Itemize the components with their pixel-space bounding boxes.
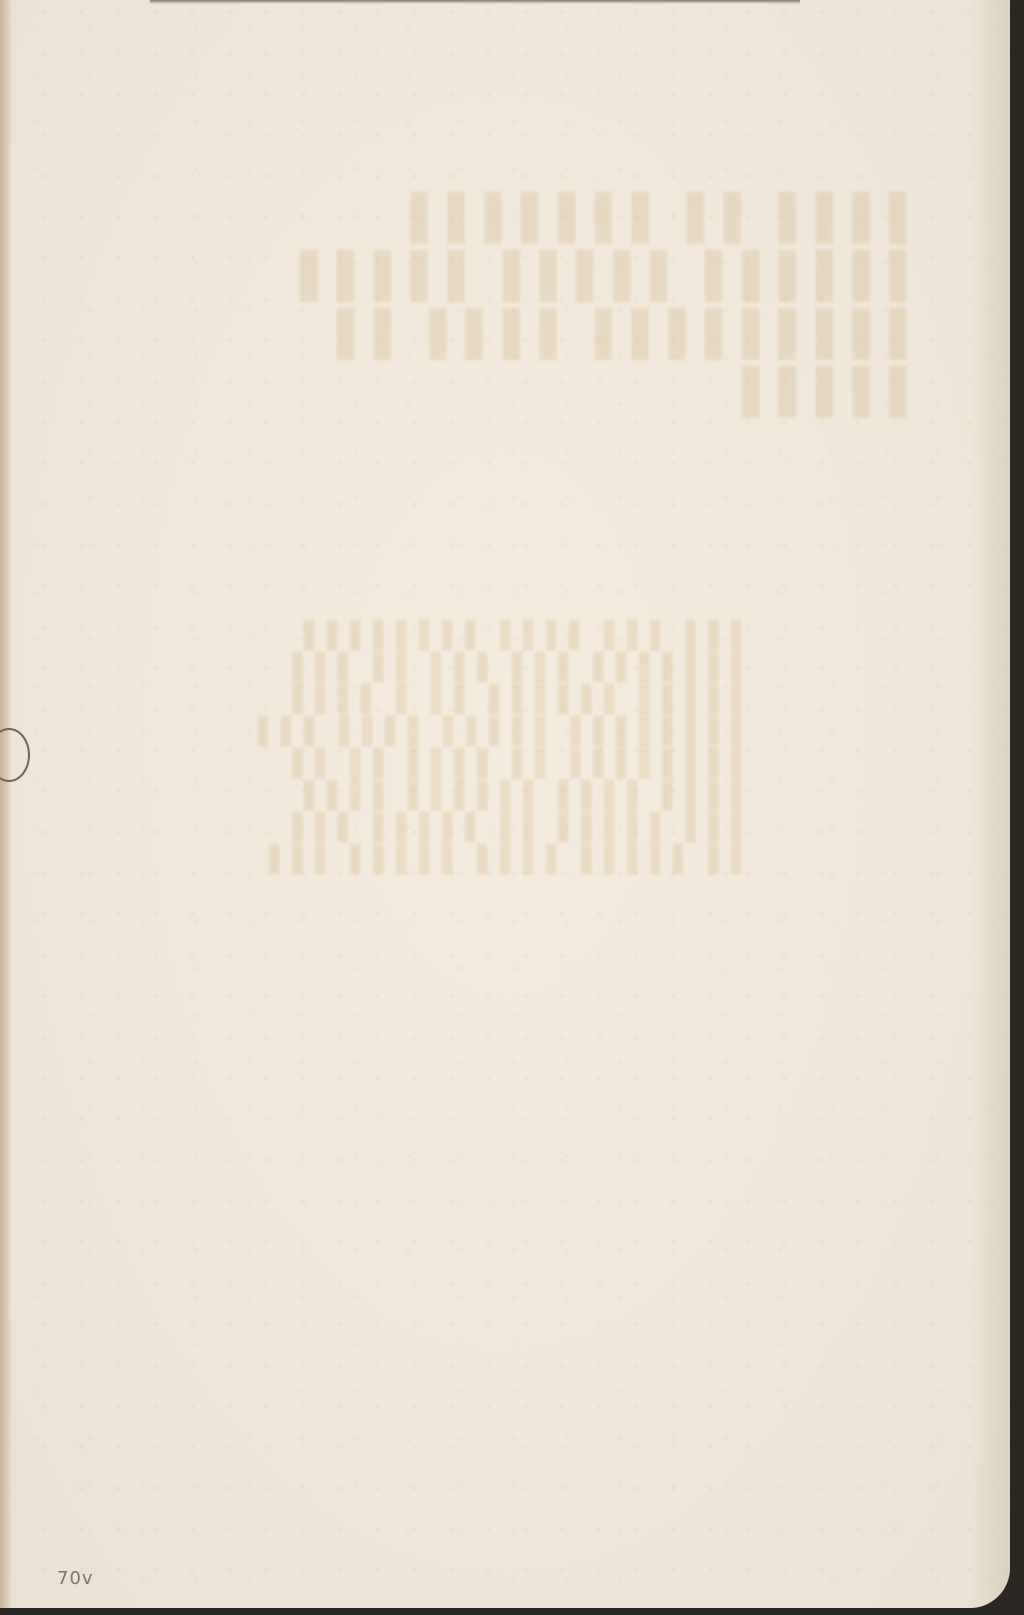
binding-gutter	[0, 0, 12, 1608]
manuscript-page: ▌▌▌▌ ▌▌ ▌▌▌▌▌▌▌ ▌▌▌▌▌▌ ▌▌▌▌▌ ▌▌▌▌▌ ▌▌▌▌▌…	[0, 0, 1010, 1608]
binding-thread-loop	[0, 728, 30, 782]
show-through-body-text: ▌▌▌ ▌▌▌ ▌▌▌▌ ▌▌▌▌▌▌▌▌ ▌▌▌▌▌▌▌ ▌▌▌ ▌▌▌ ▌▌…	[245, 620, 741, 876]
top-edge-shadow	[150, 0, 800, 4]
folio-number: 70v	[57, 1568, 94, 1589]
page-edge	[970, 0, 1010, 1608]
show-through-heading: ▌▌▌▌ ▌▌ ▌▌▌▌▌▌▌ ▌▌▌▌▌▌ ▌▌▌▌▌ ▌▌▌▌▌ ▌▌▌▌▌…	[280, 190, 906, 422]
